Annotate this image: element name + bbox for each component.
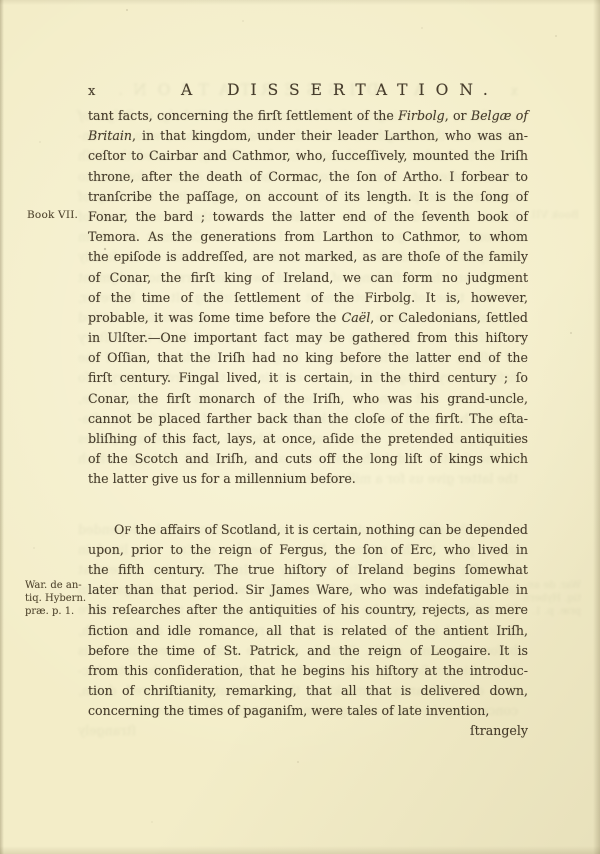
- text-line: tranſcribe the paſſage, on account of it…: [88, 187, 528, 207]
- text-line: from this conſideration, that he begins …: [88, 661, 528, 681]
- text-line: tion of chriſtianity, remarking, that al…: [88, 681, 528, 701]
- text-line: firſt century. Fingal lived, it is certa…: [88, 368, 528, 388]
- margin-note-line: War. de an-: [25, 579, 86, 592]
- catchword: ſtrangely: [88, 723, 528, 738]
- text-line: of Oſſian, that the Iriſh had no king be…: [88, 348, 528, 368]
- text-block: tant facts, concerning the firſt ſettlem…: [88, 106, 528, 721]
- margin-note-line: tiq. Hybern.: [25, 592, 86, 605]
- paragraph: tant facts, concerning the firſt ſettlem…: [88, 106, 528, 490]
- text-line: in Ulſter.—One important fact may be gat…: [88, 328, 528, 348]
- text-line: OF the affairs of Scotland, it is certai…: [88, 520, 528, 540]
- text-line: of Conar, the firſt king of Ireland, we …: [88, 268, 528, 288]
- text-line: before the time of St. Patrick, and the …: [88, 641, 528, 661]
- text-line: fiction and idle romance, all that is re…: [88, 621, 528, 641]
- margin-note-ware-citation: War. de an- tiq. Hybern. præ. p. 1.: [25, 579, 86, 619]
- text-line: the fifth century. The true hiſtory of I…: [88, 560, 528, 580]
- text-line: probable, it was ſome time before the Ca…: [88, 308, 528, 328]
- text-line: the latter give us for a millennium befo…: [88, 469, 528, 489]
- paragraph: OF the affairs of Scotland, it is certai…: [88, 520, 528, 722]
- text-line: bliſhing of this fact, lays, at once, aſ…: [88, 429, 528, 449]
- text-line: Conar, the firſt monarch of the Iriſh, w…: [88, 389, 528, 409]
- text-line: later than that period. Sir James Ware, …: [88, 580, 528, 600]
- running-header-title: A DISSERTATION.: [181, 81, 499, 99]
- text-line: Britain, in that kingdom, under their le…: [88, 126, 528, 146]
- book-page-scan: x A DISSERTATION. Book VII. War. de an- …: [0, 0, 600, 854]
- text-line: cannot be placed farther back than the c…: [88, 409, 528, 429]
- text-line: concerning the times of paganiſm, were t…: [88, 701, 528, 721]
- text-line: throne, after the death of Cormac, the ſ…: [88, 167, 528, 187]
- text-line: the epiſode is addreſſed, are not marked…: [88, 247, 528, 267]
- page-number: x: [88, 84, 95, 99]
- text-line: of the time of the ſettlement of the Fir…: [88, 288, 528, 308]
- text-line: upon, prior to the reign of Fergus, the …: [88, 540, 528, 560]
- text-line: Temora. As the generations from Larthon …: [88, 227, 528, 247]
- text-line: Fonar, the bard ; towards the latter end…: [88, 207, 528, 227]
- text-line: his reſearches after the antiquities of …: [88, 600, 528, 620]
- margin-note-line: præ. p. 1.: [25, 605, 86, 618]
- text-line: tant facts, concerning the firſt ſettlem…: [88, 106, 528, 126]
- text-line: of the Scotch and Iriſh, and cuts off th…: [88, 449, 528, 469]
- text-line: ceſtor to Cairbar and Cathmor, who, ſucc…: [88, 146, 528, 166]
- margin-note-book-vii: Book VII.: [27, 209, 78, 221]
- page-content: x A DISSERTATION. Book VII. War. de an- …: [0, 0, 600, 854]
